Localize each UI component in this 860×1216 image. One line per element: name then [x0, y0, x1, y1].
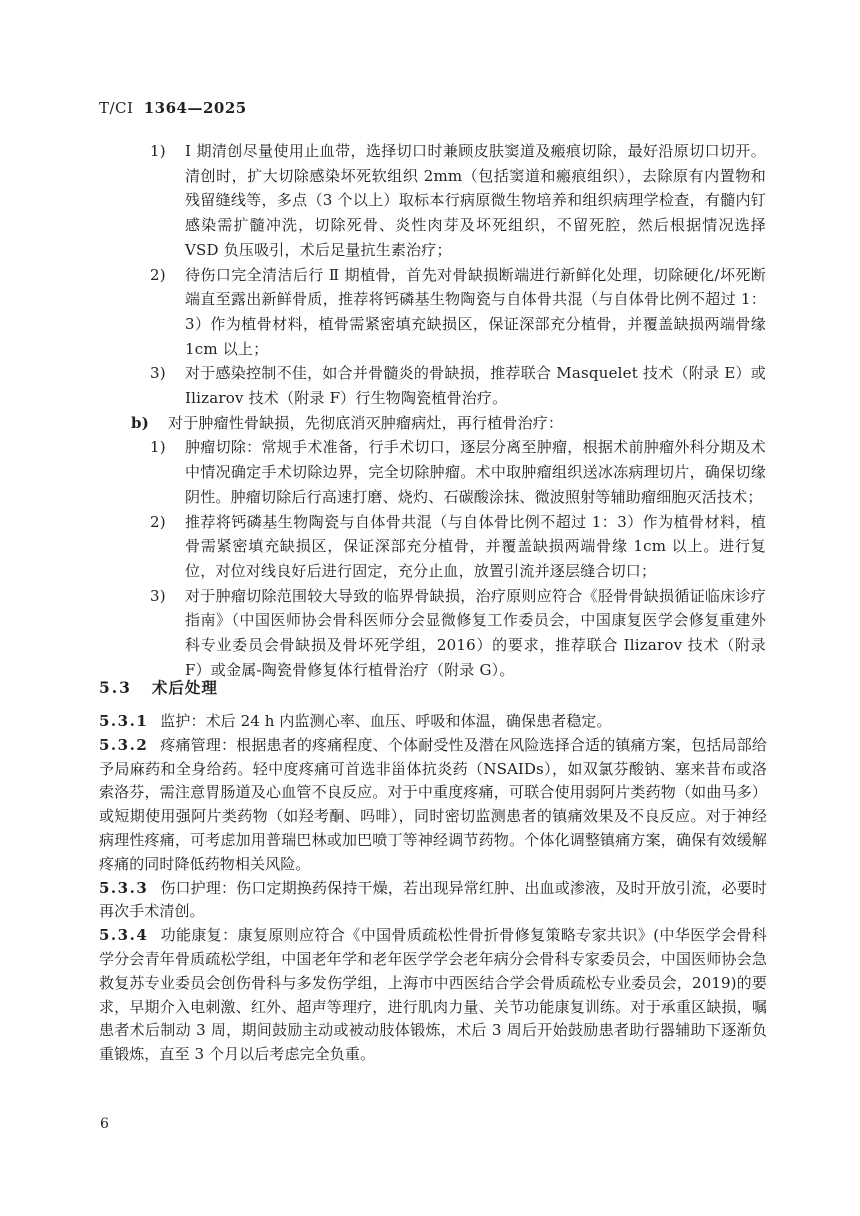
clause-text: 功能康复：康复原则应符合《中国骨质疏松性骨折骨修复策略专家共识》(中华医学会骨科… [99, 926, 767, 1063]
document-page: T/CI 1364—2025 1) Ⅰ 期清创尽量使用止血带，选择切口时兼顾皮肤… [0, 0, 860, 1216]
clause-number: 5.3.4 [99, 926, 148, 944]
doc-code-number: 1364—2025 [144, 99, 247, 117]
clause-number: 5.3.1 [99, 712, 148, 730]
clause-text: 疼痛管理：根据患者的疼痛程度、个体耐受性及潜在风险选择合适的镇痛方案，包括局部给… [99, 736, 767, 873]
clause-text: 监护：术后 24 h 内监测心率、血压、呼吸和体温，确保患者稳定。 [160, 712, 611, 730]
list-item-b: b) 对于肿瘤性骨缺损，先彻底消灭肿瘤病灶，再行植骨治疗： [99, 411, 766, 436]
list-item-marker: b) [131, 411, 168, 436]
list-item-b3: 3) 对于肿瘤切除范围较大导致的临界骨缺损，治疗原则应符合《胫骨骨缺损循证临床诊… [99, 584, 766, 683]
list-item-a2: 2) 待伤口完全清洁后行 Ⅱ 期植骨，首先对骨缺损断端进行新鲜化处理，切除硬化/… [99, 263, 766, 362]
list-item-marker: 2) [150, 263, 185, 362]
clause-number: 5.3.3 [99, 879, 148, 897]
list-item-text: Ⅰ 期清创尽量使用止血带，选择切口时兼顾皮肤窦道及瘢痕切除，最好沿原切口切开。清… [185, 139, 766, 263]
section-heading-5-3: 5.3 术后处理 [99, 676, 218, 698]
list-item-text: 对于肿瘤切除范围较大导致的临界骨缺损，治疗原则应符合《胫骨骨缺损循证临床诊疗指南… [185, 584, 766, 683]
list-item-text: 推荐将钙磷基生物陶瓷与自体骨共混（与自体骨比例不超过 1：3）作为植骨材料，植骨… [185, 510, 766, 584]
list-item-marker: 3) [150, 361, 185, 410]
clause-5-3-2: 5.3.2疼痛管理：根据患者的疼痛程度、个体耐受性及潜在风险选择合适的镇痛方案，… [99, 734, 767, 877]
clause-5-3-4: 5.3.4功能康复：康复原则应符合《中国骨质疏松性骨折骨修复策略专家共识》(中华… [99, 924, 767, 1067]
clause-text: 伤口护理：伤口定期换药保持干燥，若出现异常红肿、出血或渗液，及时开放引流，必要时… [99, 879, 767, 921]
list-item-marker: 1) [150, 435, 185, 509]
page-number: 6 [100, 1116, 109, 1132]
doc-code-prefix: T/CI [99, 99, 133, 117]
clause-5-3-3: 5.3.3伤口护理：伤口定期换药保持干燥，若出现异常红肿、出血或渗液，及时开放引… [99, 877, 767, 925]
list-item-text: 对于肿瘤性骨缺损，先彻底消灭肿瘤病灶，再行植骨治疗： [168, 411, 766, 436]
list-item-text: 肿瘤切除：常规手术准备，行手术切口，逐层分离至肿瘤，根据术前肿瘤外科分期及术中情… [185, 435, 766, 509]
list-item-marker: 3) [150, 584, 185, 683]
clause-number: 5.3.2 [99, 736, 148, 754]
list-item-b1: 1) 肿瘤切除：常规手术准备，行手术切口，逐层分离至肿瘤，根据术前肿瘤外科分期及… [99, 435, 766, 509]
list-item-marker: 1) [150, 139, 185, 263]
clause-5-3-1: 5.3.1监护：术后 24 h 内监测心率、血压、呼吸和体温，确保患者稳定。 [99, 710, 767, 734]
doc-code-header: T/CI 1364—2025 [99, 99, 247, 117]
list-item-text: 待伤口完全清洁后行 Ⅱ 期植骨，首先对骨缺损断端进行新鲜化处理，切除硬化/坏死断… [185, 263, 766, 362]
list-item-a3: 3) 对于感染控制不佳，如合并骨髓炎的骨缺损，推荐联合 Masquelet 技术… [99, 361, 766, 410]
procedure-list-block: 1) Ⅰ 期清创尽量使用止血带，选择切口时兼顾皮肤窦道及瘢痕切除，最好沿原切口切… [99, 139, 766, 682]
section-number: 5.3 [99, 678, 132, 697]
list-item-b2: 2) 推荐将钙磷基生物陶瓷与自体骨共混（与自体骨比例不超过 1：3）作为植骨材料… [99, 510, 766, 584]
section-title: 术后处理 [152, 678, 218, 697]
list-item-a1: 1) Ⅰ 期清创尽量使用止血带，选择切口时兼顾皮肤窦道及瘢痕切除，最好沿原切口切… [99, 139, 766, 263]
list-item-marker: 2) [150, 510, 185, 584]
clauses-block: 5.3.1监护：术后 24 h 内监测心率、血压、呼吸和体温，确保患者稳定。 5… [99, 710, 767, 1067]
list-item-text: 对于感染控制不佳，如合并骨髓炎的骨缺损，推荐联合 Masquelet 技术（附录… [185, 361, 766, 410]
